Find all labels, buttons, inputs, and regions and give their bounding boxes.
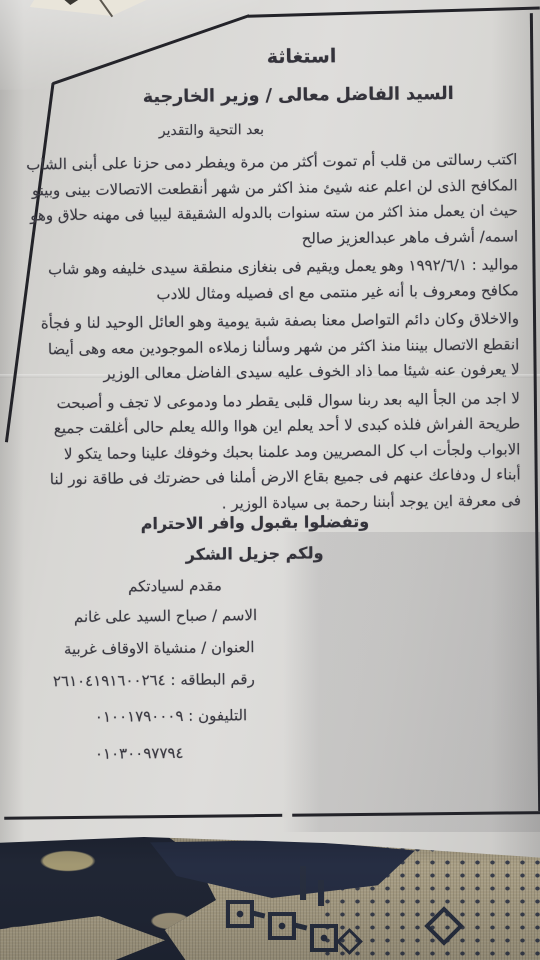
signature-name-line: الاسم / صباح السيد على غانم bbox=[74, 606, 257, 626]
frame-border-right bbox=[530, 13, 540, 811]
body-line: لا يعرفون عنه شيئا مما ذاد الخوف عليه سي… bbox=[23, 357, 519, 388]
letter-body: اكتب رسالتى من قلب أم تموت أكثر من مرة و… bbox=[21, 147, 521, 518]
paper-content: استغاثة السيد الفاضل معالى / وزير الخارج… bbox=[0, 0, 540, 960]
paper-crease-highlight bbox=[0, 0, 261, 90]
signature-id-number-line: رقم البطاقه : ٢٦١٠٤١٩١٦٠٠٢٦٤ bbox=[53, 670, 255, 690]
frame-border-gap bbox=[282, 812, 292, 818]
body-line: اسمه/ أشرف ماهر عبدالعزيز صالح bbox=[22, 224, 518, 255]
submitted-by-line: مقدم لسيادتكم bbox=[128, 576, 222, 595]
letter-title: استغاثة bbox=[267, 45, 337, 68]
addressee-line: السيد الفاضل معالى / وزير الخارجية bbox=[143, 84, 454, 107]
signature-address-line: العنوان / منشياة الاوقاف غربية bbox=[64, 638, 255, 658]
frame-border-bottom bbox=[4, 811, 540, 819]
frame-border-top bbox=[248, 7, 540, 18]
salutation-line: بعد التحية والتقدير bbox=[159, 122, 264, 139]
closing-thanks-line: ولكم جزيل الشكر bbox=[186, 543, 324, 563]
signature-phone2-line: ٠١٠٣٠٠٩٧٧٩٤ bbox=[95, 744, 184, 763]
photo-of-letter: استغاثة السيد الفاضل معالى / وزير الخارج… bbox=[0, 0, 540, 960]
body-line: مكافح ومعروف با أنه غير منتمى مع اى فصيل… bbox=[23, 278, 519, 309]
closing-respect-line: وتفضلوا بقبول وافر الاحترام bbox=[141, 512, 370, 533]
signature-phone-line: التليفون : ٠١٠٠١٧٩٠٠٠٩ bbox=[95, 706, 248, 726]
paper-document: استغاثة السيد الفاضل معالى / وزير الخارج… bbox=[0, 0, 540, 960]
